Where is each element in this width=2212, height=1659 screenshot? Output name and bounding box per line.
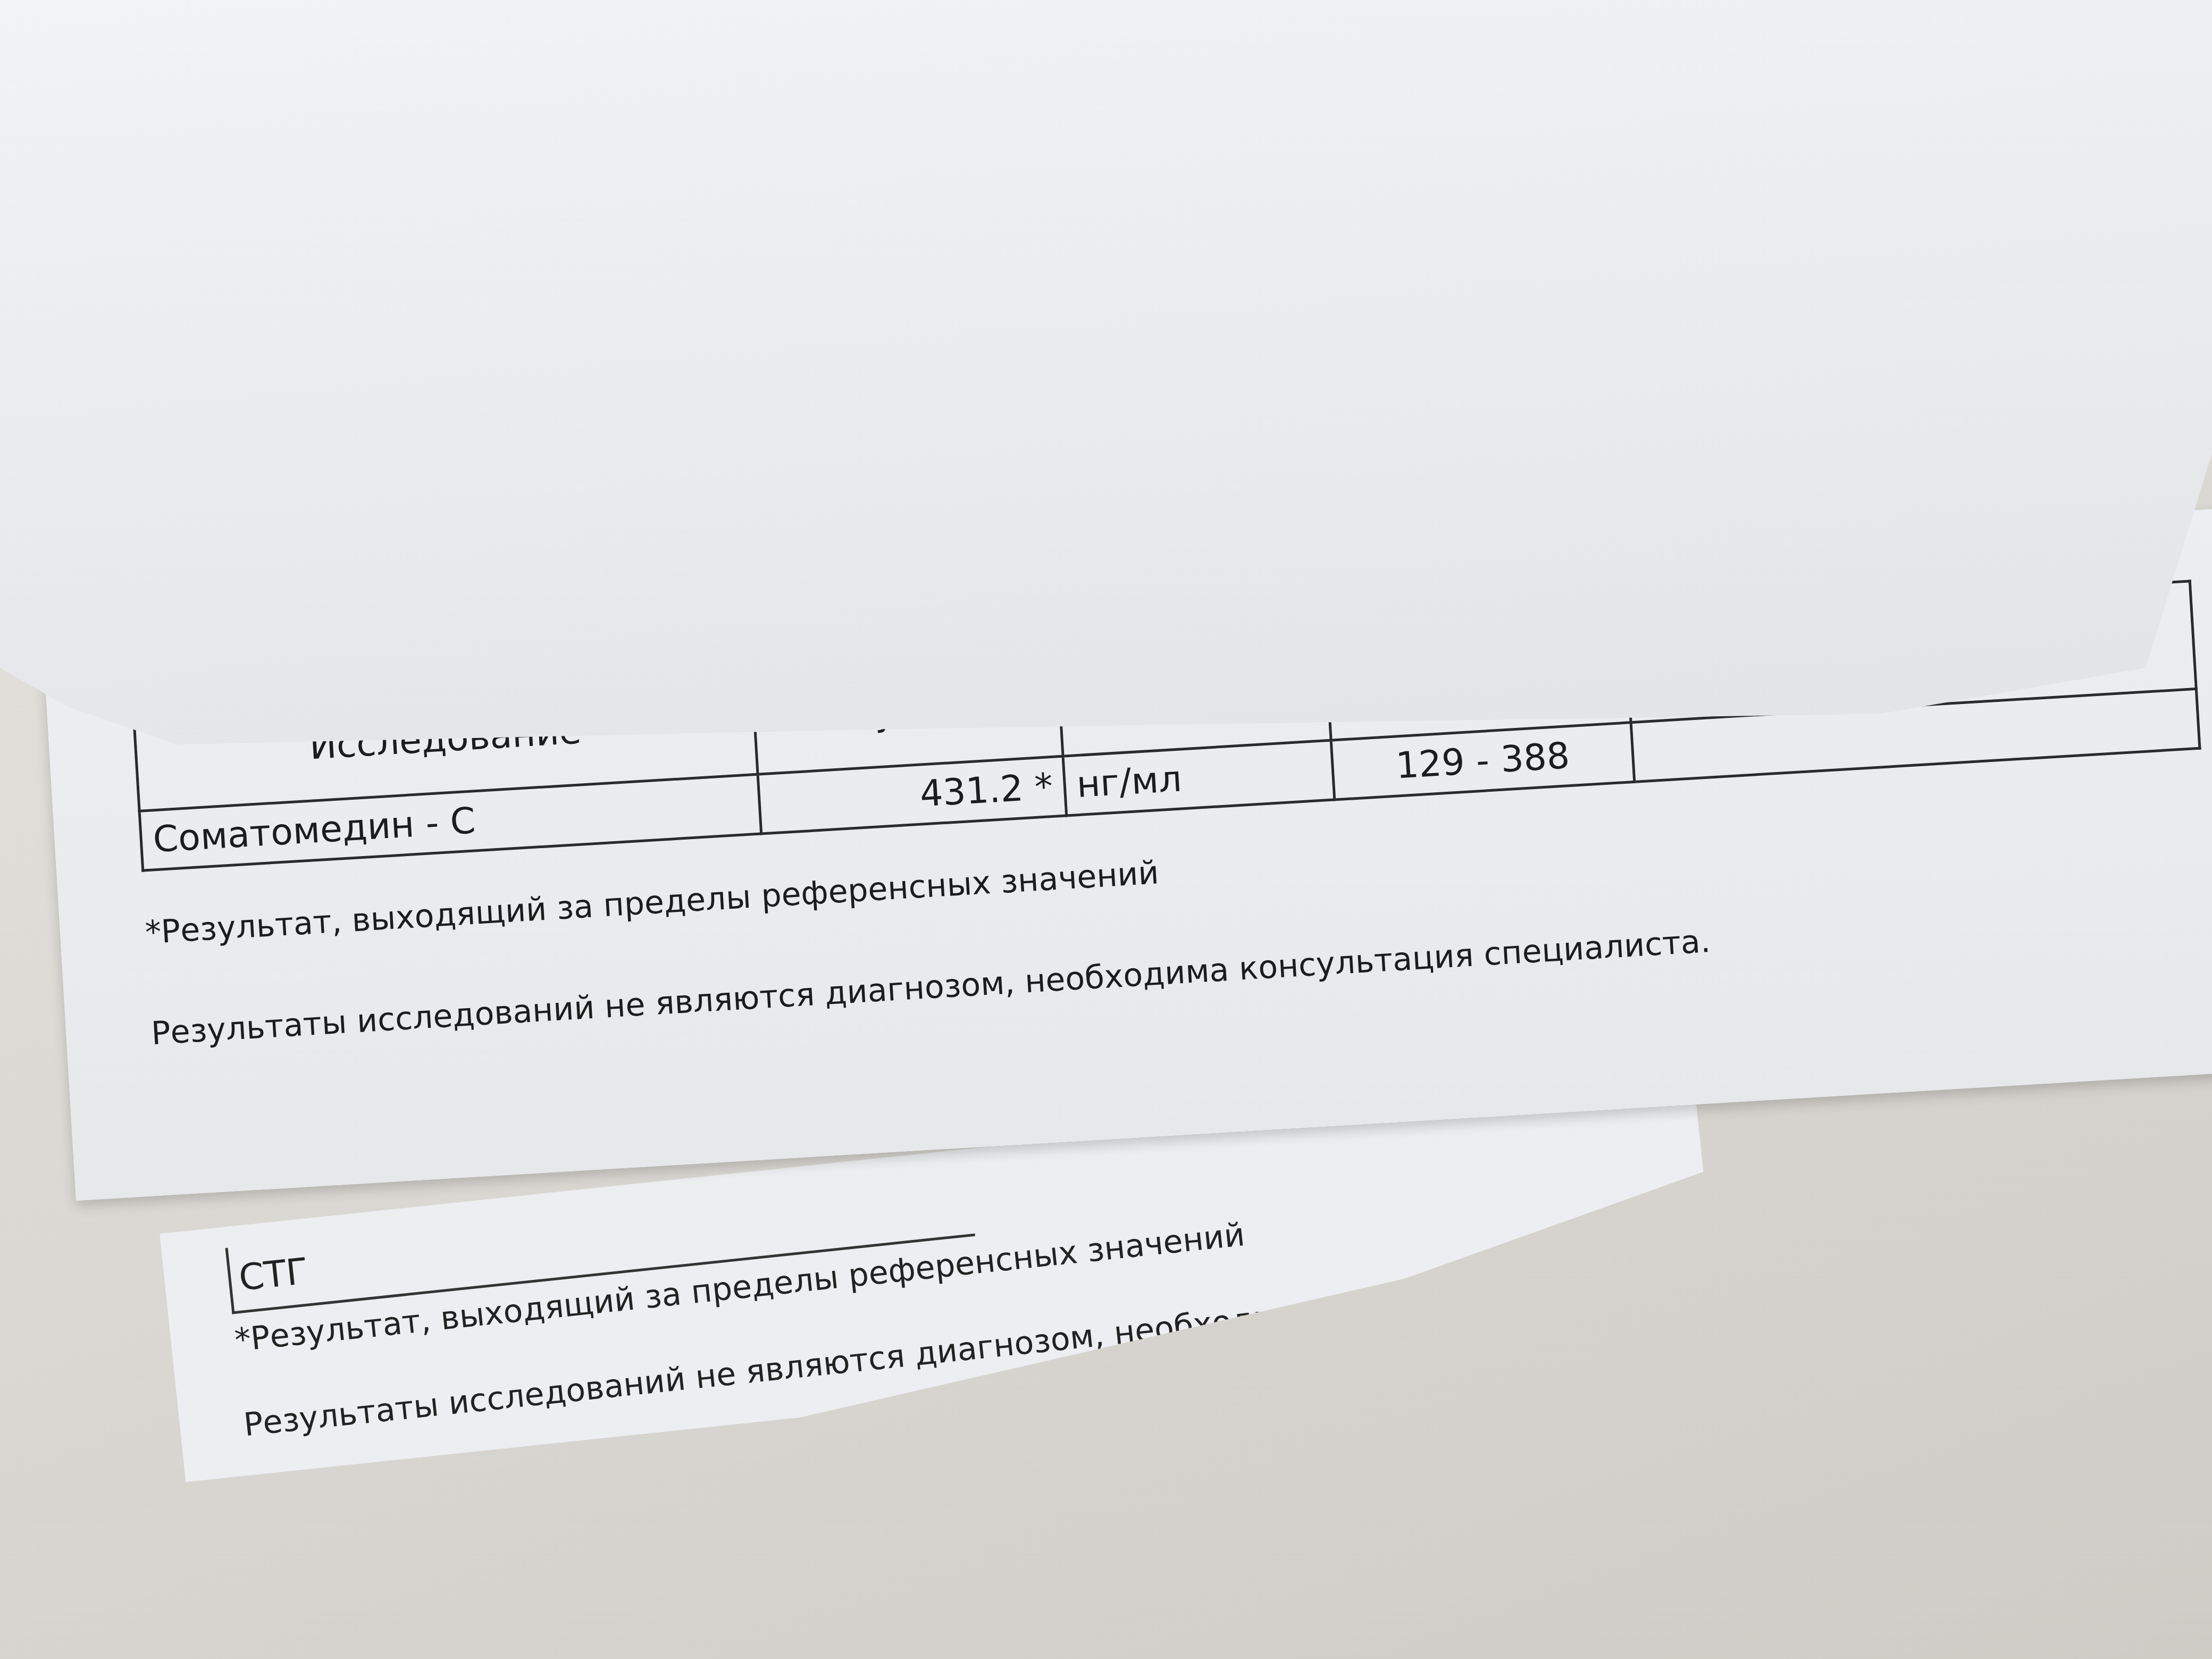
folded-top-sheet <box>0 0 2212 744</box>
out-of-range-footnote: *Результат, выходящий за пределы референ… <box>144 854 1160 951</box>
lower-study-name: СТГ <box>237 1250 311 1299</box>
disclaimer: Результаты исследований не являются диаг… <box>150 923 1711 1052</box>
